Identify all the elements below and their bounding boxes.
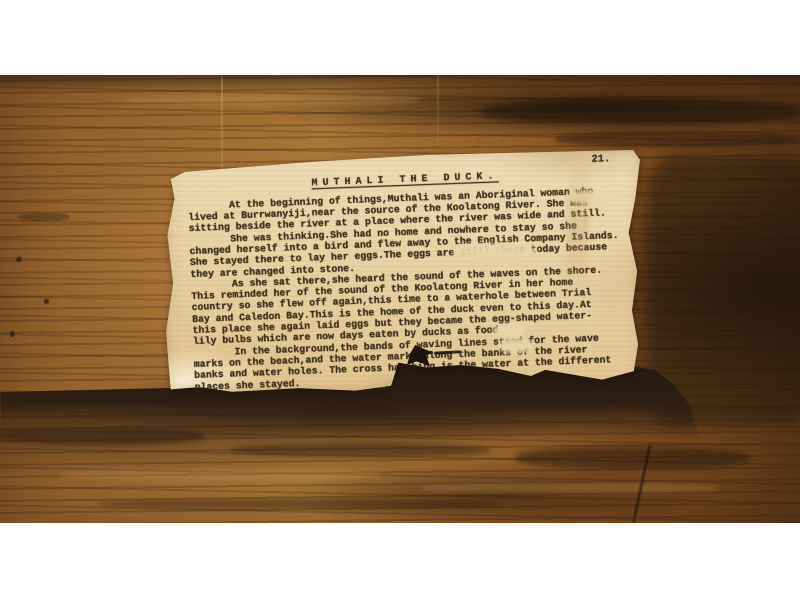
wood-grain-streak — [120, 95, 420, 105]
wood-grain-streak — [230, 443, 490, 457]
wood-knot-speck — [44, 299, 49, 304]
photo-page: 21. MUTHALI THE DUCK. At the beginning o… — [0, 0, 800, 600]
wood-knot-speck — [10, 331, 15, 337]
wood-grain-streak — [60, 469, 380, 481]
typed-label-wrap: 21. MUTHALI THE DUCK. At the beginning o… — [166, 150, 640, 393]
wood-panel-photo: 21. MUTHALI THE DUCK. At the beginning o… — [0, 75, 800, 523]
wood-knot-speck — [16, 257, 22, 262]
faded-wear-patch — [493, 324, 525, 338]
typed-label-paper: 21. MUTHALI THE DUCK. At the beginning o… — [166, 150, 640, 393]
wood-grain-streak — [515, 447, 750, 469]
plank-seam — [437, 75, 439, 145]
wood-grain-streak — [480, 99, 800, 125]
wood-grain-streak — [420, 483, 720, 493]
faded-wear-patch — [453, 244, 537, 260]
faded-wear-patch — [499, 338, 533, 353]
wood-grain-streak — [555, 131, 800, 147]
wood-grain-streak — [18, 213, 70, 221]
wood-grain-streak — [100, 499, 500, 509]
